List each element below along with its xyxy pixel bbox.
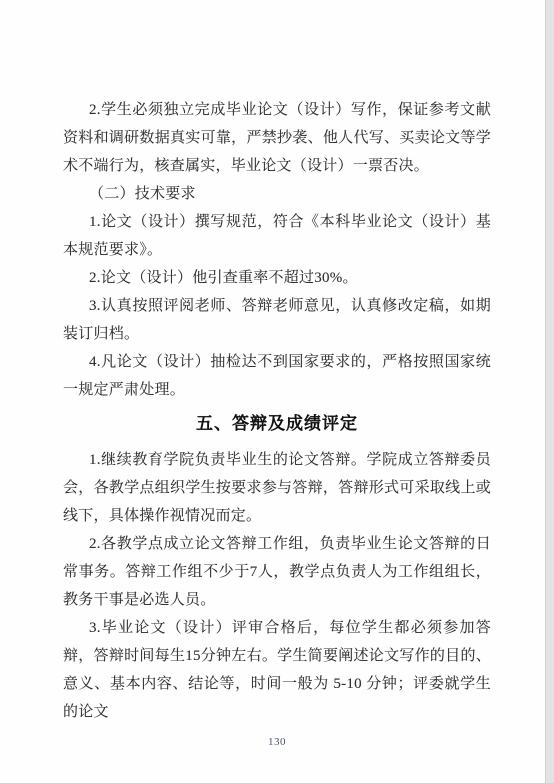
body-paragraph: 2.学生必须独立完成毕业论文（设计）写作，保证参考文献资料和调研数据真实可靠，严… (63, 96, 491, 180)
subsection-title: （二）技术要求 (63, 180, 491, 208)
body-paragraph: 4.凡论文（设计）抽检达不到国家要求的，严格按照国家统一规定严肃处理。 (63, 348, 491, 404)
document-body: 2.学生必须独立完成毕业论文（设计）写作，保证参考文献资料和调研数据真实可靠，严… (63, 96, 491, 726)
body-paragraph: 2.各教学点成立论文答辩工作组，负责毕业生论文答辩的日常事务。答辩工作组不少于7… (63, 530, 491, 614)
body-paragraph: 3.毕业论文（设计）评审合格后，每位学生都必须参加答辩，答辩时间每生15分钟左右… (63, 614, 491, 726)
section-heading: 五、答辩及成绩评定 (63, 410, 491, 438)
page-number: 130 (0, 736, 554, 748)
body-paragraph: 1.论文（设计）撰写规范，符合《本科毕业论文（设计）基本规范要求》。 (63, 208, 491, 264)
body-paragraph: 3.认真按照评阅老师、答辩老师意见，认真修改定稿，如期装订归档。 (63, 292, 491, 348)
scan-edge-strip (545, 0, 554, 783)
body-paragraph: 2.论文（设计）他引查重率不超过30%。 (63, 264, 491, 292)
document-page: 2.学生必须独立完成毕业论文（设计）写作，保证参考文献资料和调研数据真实可靠，严… (0, 0, 554, 783)
body-paragraph: 1.继续教育学院负责毕业生的论文答辩。学院成立答辩委员会，各教学点组织学生按要求… (63, 446, 491, 530)
